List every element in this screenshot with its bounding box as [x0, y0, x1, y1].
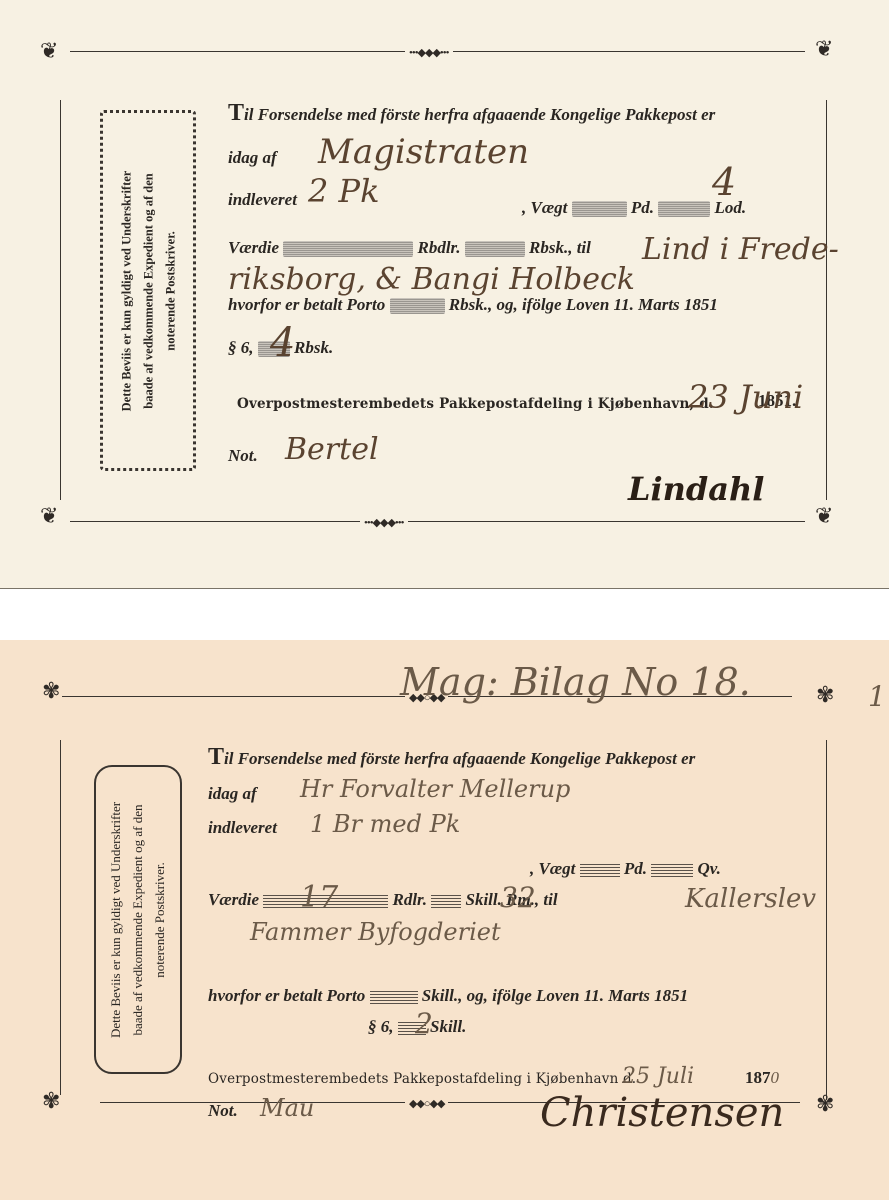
- handwritten-destination-a: Kallerslev: [685, 884, 816, 914]
- center-ornament-icon: •••◆◆◆•••: [360, 516, 408, 529]
- validity-note-box: Dette Beviis er kun gyldigt ved Underskr…: [94, 765, 182, 1074]
- weight-row: , Vægt Pd. Qv.: [530, 859, 721, 879]
- frame-left-line: [60, 100, 61, 500]
- frame-right-line: [826, 100, 827, 500]
- receipt-sheet-1870: ✾ ✾ ✾ ✾ ◆◆○◆◆ ◆◆○◆◆ 1 Mag: Bilag No 18. …: [0, 640, 889, 1200]
- handwritten-not-signature: Mau: [260, 1094, 314, 1122]
- handwritten-s6-value: 4: [270, 320, 295, 366]
- handwritten-sender: Magistraten: [318, 132, 529, 172]
- corner-ornament-icon: ❦: [815, 38, 833, 60]
- not-label: Not.: [208, 1101, 238, 1121]
- frame-left-line: [60, 740, 61, 1095]
- redacted-field: [465, 241, 525, 257]
- handwritten-date: 23 Juni: [688, 378, 803, 416]
- year-label: 1870: [745, 1068, 779, 1088]
- porto-row: hvorfor er betalt Porto Skill., og, iföl…: [208, 986, 688, 1006]
- value-row: Værdie Rbdlr. Rbsk., til: [228, 238, 591, 258]
- corner-ornament-icon: ✾: [42, 1090, 60, 1112]
- handwritten-value-rdlr: 17: [300, 880, 338, 915]
- porto-row: hvorfor er betalt Porto Rbsk., og, ifölg…: [228, 295, 718, 315]
- not-label: Not.: [228, 446, 258, 466]
- corner-ornament-icon: ❦: [40, 40, 58, 62]
- handwritten-destination-a: Lind i Frede-: [642, 232, 839, 267]
- frame-bottom-line: [70, 521, 805, 522]
- form-heading: Til Forsendelse med förste herfra afgaae…: [228, 100, 715, 127]
- receipt-sheet-1851: ❦ ❦ ❦ ❦ •••◆◆◆••• •••◆◆◆••• Dette Beviis…: [0, 0, 889, 589]
- handwritten-weight-lod: 4: [712, 160, 736, 204]
- frame-right-line: [826, 740, 827, 1100]
- redacted-field: [390, 298, 445, 314]
- handwritten-not-signature: Bertel: [285, 432, 379, 467]
- idag-label: idag af: [208, 784, 257, 804]
- form-heading: Til Forsendelse med förste herfra afgaae…: [208, 744, 695, 771]
- redacted-field: [283, 241, 413, 257]
- center-ornament-icon: ◆◆○◆◆: [405, 1097, 448, 1110]
- handwritten-date: 25 Juli: [622, 1064, 694, 1089]
- redacted-field: [658, 201, 710, 217]
- validity-note: Dette Beviis er kun gyldigt ved Underskr…: [105, 801, 171, 1037]
- office-line: Overpostmesterembedets Pakkepostafdeling…: [237, 396, 714, 412]
- handwritten-value-skill: 32: [500, 881, 536, 914]
- center-ornament-icon: •••◆◆◆•••: [405, 46, 453, 59]
- corner-ornament-icon: ❦: [40, 505, 58, 527]
- corner-ornament-icon: ✾: [816, 684, 834, 706]
- corner-ornament-icon: ✾: [816, 1093, 834, 1115]
- handwritten-s6-value: 2: [415, 1007, 433, 1040]
- handwritten-header-annotation: Mag: Bilag No 18.: [400, 660, 751, 704]
- redacted-field: [572, 201, 627, 217]
- ruled-field: [580, 863, 620, 877]
- handwritten-clerk-signature: Lindahl: [628, 470, 764, 508]
- idag-label: idag af: [228, 148, 277, 168]
- validity-note-box: Dette Beviis er kun gyldigt ved Underskr…: [100, 110, 196, 471]
- validity-note: Dette Beviis er kun gyldigt ved Underskr…: [115, 170, 181, 411]
- handwritten-destination-b: Fammer Byfogderiet: [250, 918, 501, 946]
- corner-ornament-icon: ❦: [815, 505, 833, 527]
- ruled-field: [431, 894, 461, 908]
- handwritten-item: 2 Pk: [308, 172, 379, 210]
- margin-mark: 1: [868, 680, 886, 713]
- handwritten-destination-b: riksborg, & Bangi Holbeck: [228, 262, 635, 297]
- handwritten-clerk-signature: Christensen: [540, 1090, 784, 1136]
- corner-ornament-icon: ✾: [42, 680, 60, 702]
- indleveret-label: indleveret: [208, 818, 277, 838]
- ruled-field: [651, 863, 693, 877]
- ruled-field: [370, 990, 418, 1004]
- handwritten-item: 1 Br med Pk: [310, 810, 460, 838]
- office-line: Overpostmesterembedets Pakkepostafdeling…: [208, 1071, 636, 1087]
- indleveret-label: indleveret: [228, 190, 297, 210]
- handwritten-sender: Hr Forvalter Mellerup: [300, 775, 570, 803]
